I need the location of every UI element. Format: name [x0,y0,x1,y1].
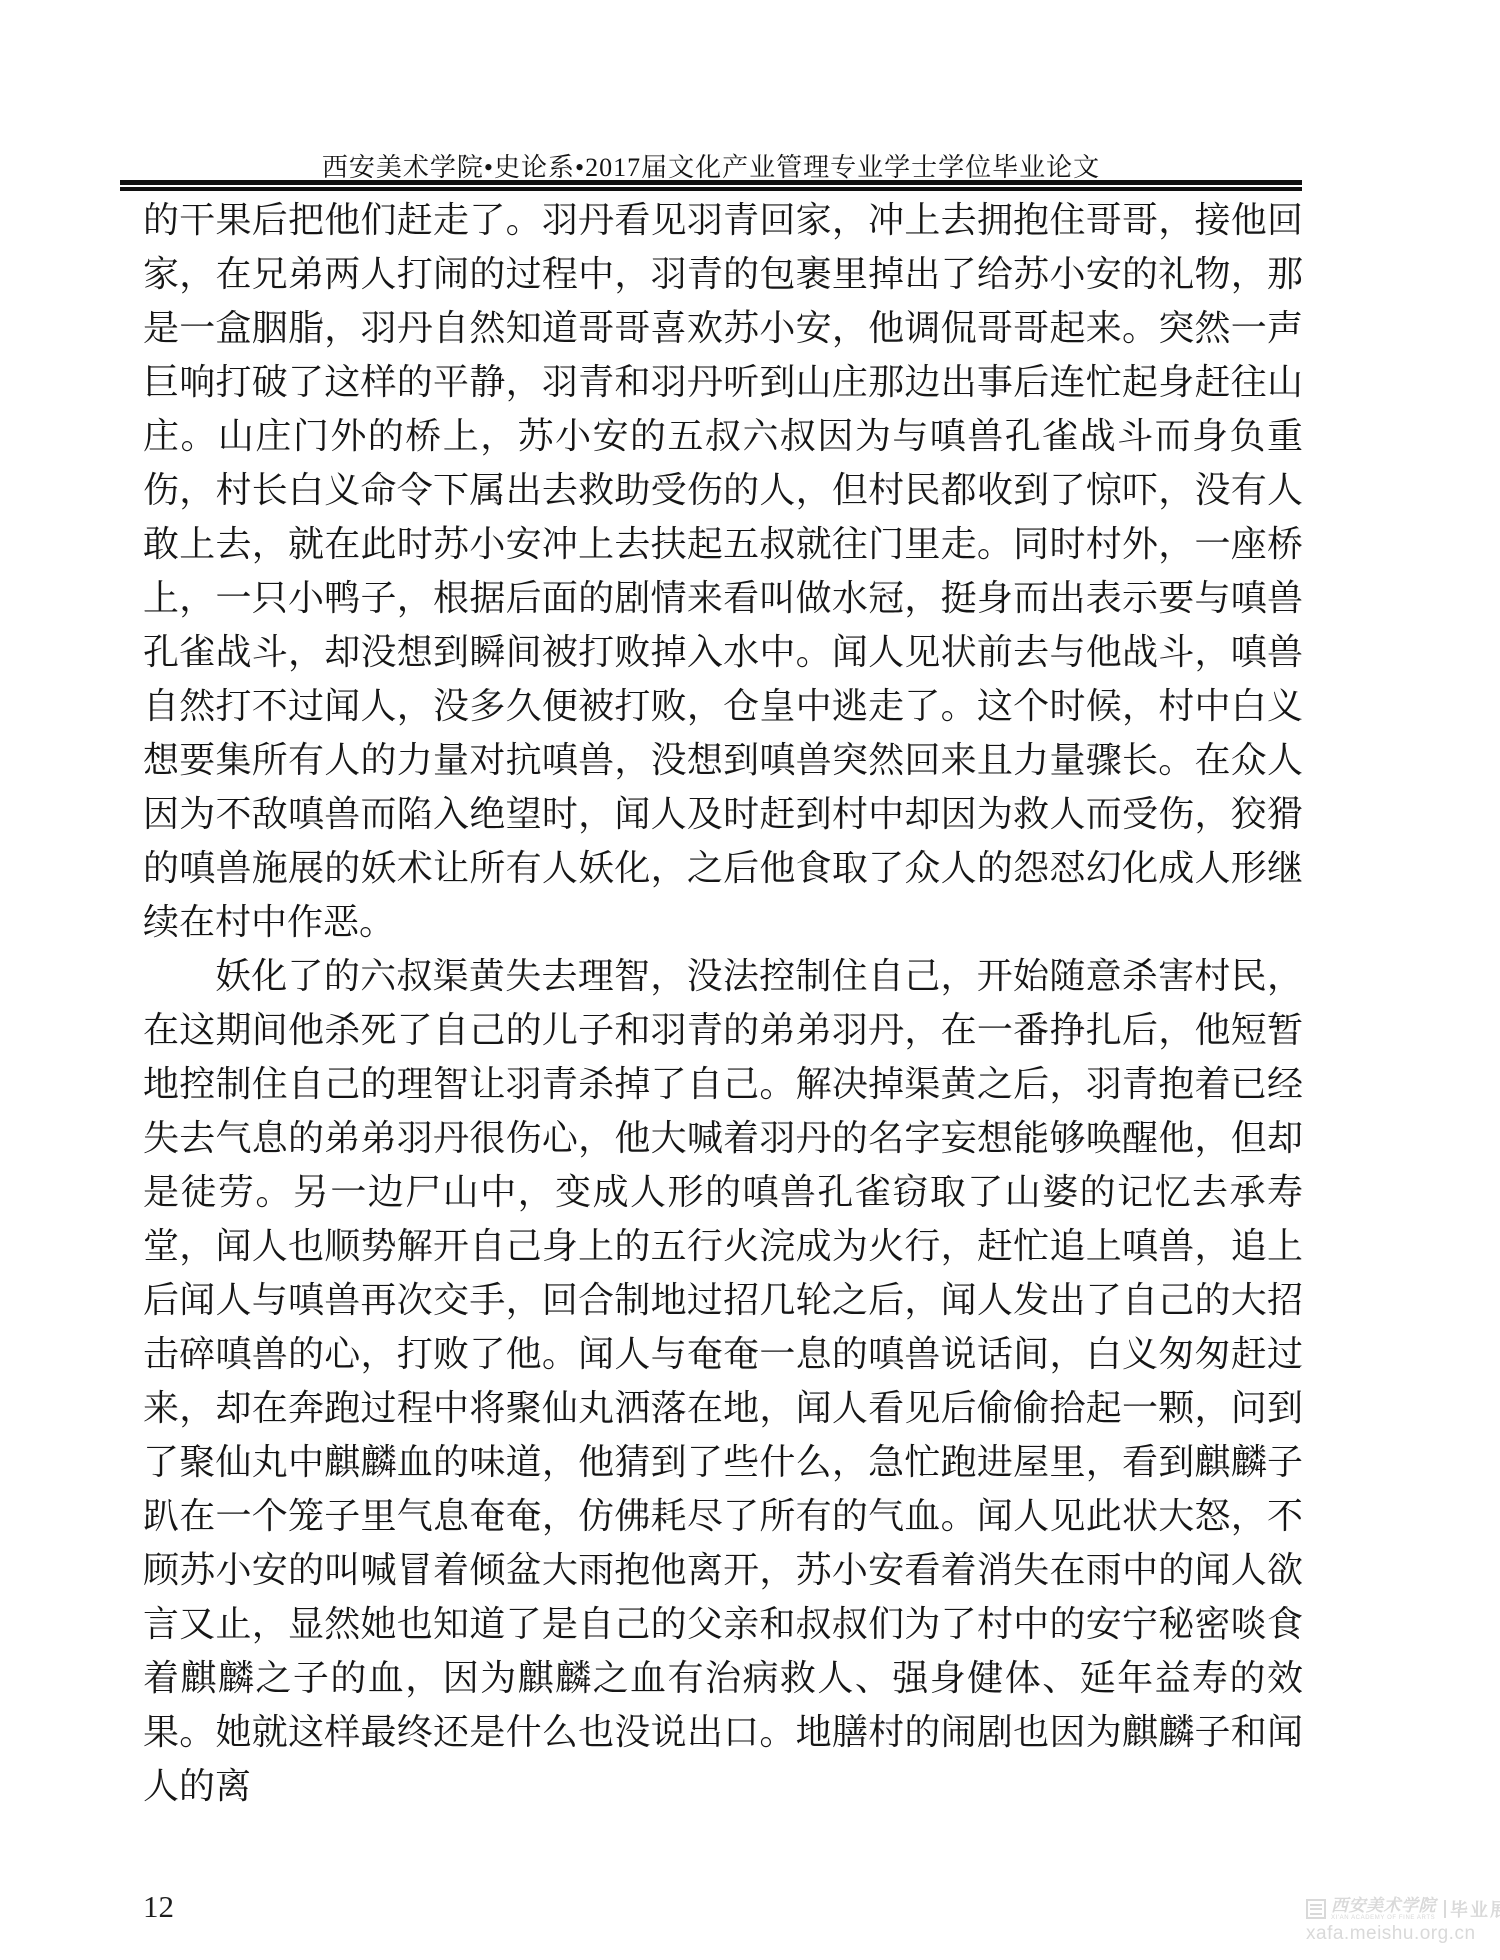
academy-name: 西安美术学院 [1331,1897,1436,1914]
paragraph-1: 的干果后把他们赶走了。羽丹看见羽青回家，冲上去拥抱住哥哥，接他回家，在兄弟两人打… [143,193,1303,949]
page-number: 12 [143,1889,174,1925]
thesis-body: 的干果后把他们赶走了。羽丹看见羽青回家，冲上去拥抱住哥哥，接他回家，在兄弟两人打… [143,193,1303,1813]
page-header: 西安美术学院•史论系•2017届文化产业管理专业学士学位毕业论文 [120,147,1302,184]
paragraph-2: 妖化了的六叔渠黄失去理智，没法控制住自己，开始随意杀害村民，在这期间他杀死了自己… [143,949,1303,1813]
exhibition-label: 毕业展 [1450,1896,1500,1922]
academy-name-caption: XI'AN ACADEMY OF FINE ARTS [1331,1915,1436,1921]
header-double-rule [120,180,1302,191]
watermark-url: xafa.meishu.org.cn [1306,1923,1496,1945]
document-page: 西安美术学院•史论系•2017届文化产业管理专业学士学位毕业论文 的干果后把他们… [0,0,1500,1960]
academy-name-block: 西安美术学院 XI'AN ACADEMY OF FINE ARTS [1331,1897,1436,1921]
watermark-divider [1444,1900,1446,1918]
watermark: 西安美术学院 XI'AN ACADEMY OF FINE ARTS 毕业展 xa… [1306,1897,1496,1945]
academy-seal-icon [1306,1899,1326,1919]
watermark-logo-row: 西安美术学院 XI'AN ACADEMY OF FINE ARTS 毕业展 [1306,1897,1496,1921]
